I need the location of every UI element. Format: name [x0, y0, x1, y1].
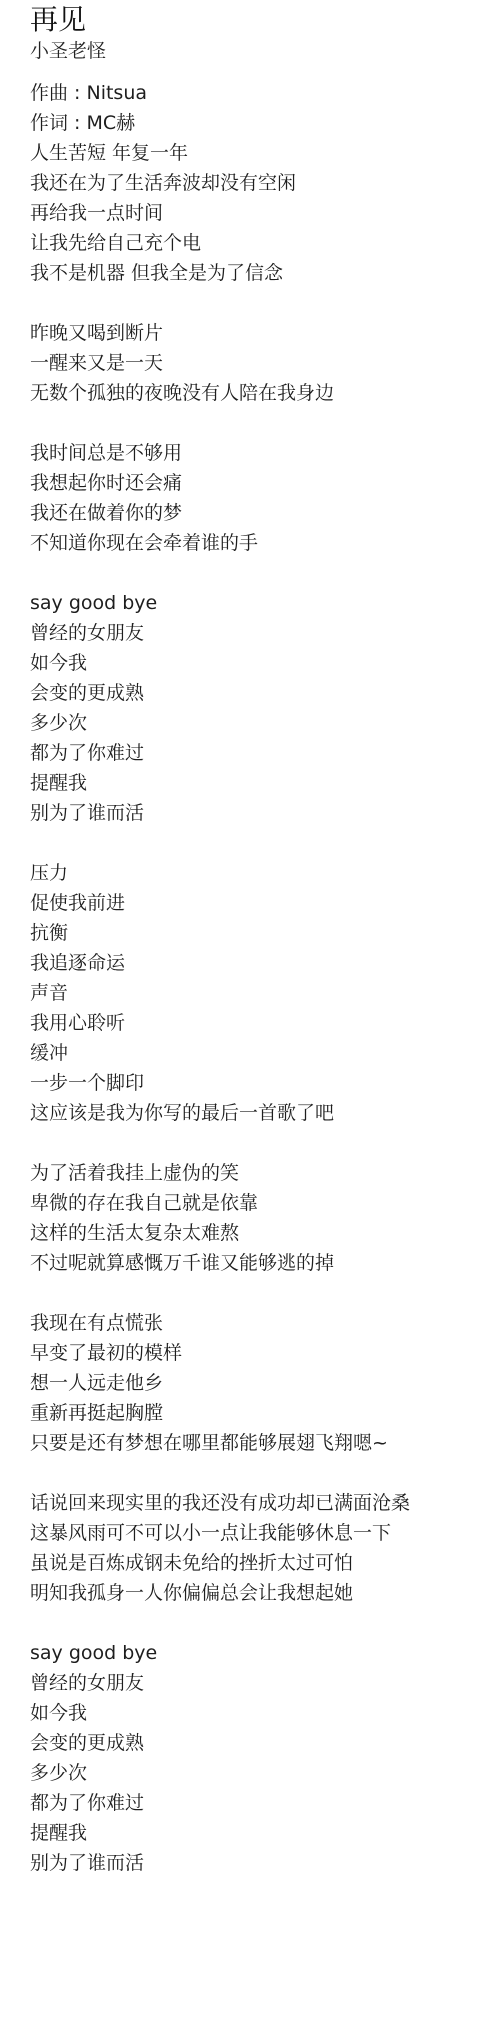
- lyric-line: 为了活着我挂上虚伪的笑: [30, 1158, 500, 1188]
- lyric-line: 作曲 : Nitsua: [30, 78, 500, 108]
- lyric-line: 让我先给自己充个电: [30, 228, 500, 258]
- stanza-break: [30, 1458, 500, 1488]
- lyric-line: 如今我: [30, 1698, 500, 1728]
- lyric-line: 别为了谁而活: [30, 1848, 500, 1878]
- stanza-break: [30, 1128, 500, 1158]
- lyric-line: 多少次: [30, 708, 500, 738]
- lyric-line: 早变了最初的模样: [30, 1338, 500, 1368]
- lyric-line: 一步一个脚印: [30, 1068, 500, 1098]
- lyric-line: 人生苦短 年复一年: [30, 138, 500, 168]
- lyric-line: 虽说是百炼成钢未免给的挫折太过可怕: [30, 1548, 500, 1578]
- lyric-line: 会变的更成熟: [30, 678, 500, 708]
- lyric-line: 声音: [30, 978, 500, 1008]
- lyric-line: 压力: [30, 858, 500, 888]
- lyric-line: 这应该是我为你写的最后一首歌了吧: [30, 1098, 500, 1128]
- lyric-line: 都为了你难过: [30, 738, 500, 768]
- lyric-line: 不过呢就算感慨万千谁又能够逃的掉: [30, 1248, 500, 1278]
- lyric-line: 我想起你时还会痛: [30, 468, 500, 498]
- lyric-line: 抗衡: [30, 918, 500, 948]
- lyric-line: 作词 : MC赫: [30, 108, 500, 138]
- stanza-break: [30, 1278, 500, 1308]
- lyric-line: 我还在做着你的梦: [30, 498, 500, 528]
- lyric-line: 这样的生活太复杂太难熬: [30, 1218, 500, 1248]
- stanza-break: [30, 558, 500, 588]
- lyric-line: 我还在为了生活奔波却没有空闲: [30, 168, 500, 198]
- lyric-line: say good bye: [30, 588, 500, 618]
- lyric-line: say good bye: [30, 1638, 500, 1668]
- lyric-line: 一醒来又是一天: [30, 348, 500, 378]
- lyric-line: 会变的更成熟: [30, 1728, 500, 1758]
- lyric-line: 只要是还有梦想在哪里都能够展翅飞翔嗯~: [30, 1428, 500, 1458]
- song-artist: 小圣老怪: [30, 38, 500, 64]
- lyric-line: 缓冲: [30, 1038, 500, 1068]
- stanza-break: [30, 1608, 500, 1638]
- stanza-break: [30, 288, 500, 318]
- lyrics-body: 作曲 : Nitsua作词 : MC赫人生苦短 年复一年我还在为了生活奔波却没有…: [30, 78, 500, 1878]
- lyric-line: 提醒我: [30, 1818, 500, 1848]
- lyric-line: 多少次: [30, 1758, 500, 1788]
- lyric-line: 都为了你难过: [30, 1788, 500, 1818]
- lyric-line: 话说回来现实里的我还没有成功却已满面沧桑: [30, 1488, 500, 1518]
- lyric-line: 明知我孤身一人你偏偏总会让我想起她: [30, 1578, 500, 1608]
- lyric-line: 昨晚又喝到断片: [30, 318, 500, 348]
- lyric-line: 我时间总是不够用: [30, 438, 500, 468]
- lyric-line: 促使我前进: [30, 888, 500, 918]
- lyric-line: 曾经的女朋友: [30, 618, 500, 648]
- stanza-break: [30, 408, 500, 438]
- lyric-line: 我追逐命运: [30, 948, 500, 978]
- lyric-line: 这暴风雨可不可以小一点让我能够休息一下: [30, 1518, 500, 1548]
- lyric-line: 重新再挺起胸膛: [30, 1398, 500, 1428]
- lyric-line: 曾经的女朋友: [30, 1668, 500, 1698]
- lyric-line: 卑微的存在我自己就是依靠: [30, 1188, 500, 1218]
- lyric-line: 我用心聆听: [30, 1008, 500, 1038]
- lyric-line: 无数个孤独的夜晚没有人陪在我身边: [30, 378, 500, 408]
- stanza-break: [30, 828, 500, 858]
- lyric-line: 再给我一点时间: [30, 198, 500, 228]
- lyrics-page: 再见 小圣老怪 作曲 : Nitsua作词 : MC赫人生苦短 年复一年我还在为…: [0, 0, 500, 1878]
- lyric-line: 想一人远走他乡: [30, 1368, 500, 1398]
- lyric-line: 如今我: [30, 648, 500, 678]
- lyric-line: 我现在有点慌张: [30, 1308, 500, 1338]
- song-title: 再见: [30, 0, 500, 38]
- lyric-line: 不知道你现在会牵着谁的手: [30, 528, 500, 558]
- lyric-line: 别为了谁而活: [30, 798, 500, 828]
- lyric-line: 我不是机器 但我全是为了信念: [30, 258, 500, 288]
- lyric-line: 提醒我: [30, 768, 500, 798]
